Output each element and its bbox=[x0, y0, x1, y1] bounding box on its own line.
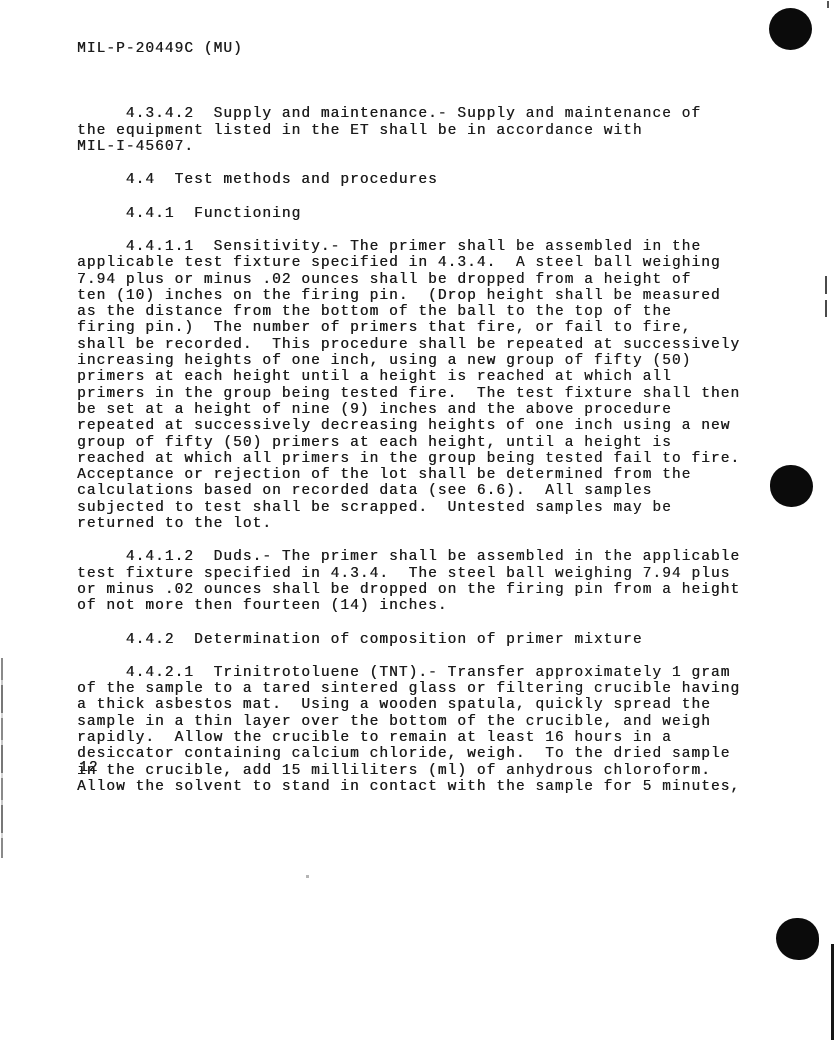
paragraph-4-4-1-1: 4.4.1.1 Sensitivity.- The primer shall b… bbox=[77, 239, 787, 532]
heading-4-4: 4.4 Test methods and procedures bbox=[77, 172, 787, 188]
scan-artifact-right-dash-2 bbox=[825, 300, 827, 317]
scan-artifact-corner-mark bbox=[827, 1, 829, 8]
scan-artifact-bottom-right-line bbox=[831, 944, 834, 1040]
document-body: 4.3.4.2 Supply and maintenance.- Supply … bbox=[77, 106, 787, 795]
heading-4-4-2: 4.4.2 Determination of composition of pr… bbox=[77, 632, 787, 648]
scanned-document-page: MIL-P-20449C (MU) 4.3.4.2 Supply and mai… bbox=[0, 0, 835, 1040]
scan-artifact-left-edge-line bbox=[1, 658, 3, 858]
scan-artifact-speck bbox=[306, 875, 309, 878]
paragraph-4-3-4-2: 4.3.4.2 Supply and maintenance.- Supply … bbox=[77, 106, 787, 155]
document-id-header: MIL-P-20449C (MU) bbox=[77, 41, 787, 57]
hole-punch-dot-middle bbox=[770, 465, 813, 507]
page-number: 12 bbox=[79, 760, 99, 776]
paragraph-4-4-1-2: 4.4.1.2 Duds.- The primer shall be assem… bbox=[77, 549, 787, 614]
paragraph-4-4-2-1: 4.4.2.1 Trinitrotoluene (TNT).- Transfer… bbox=[77, 665, 787, 795]
hole-punch-dot-top bbox=[769, 8, 812, 50]
scan-artifact-right-dash-1 bbox=[825, 276, 827, 294]
heading-4-4-1: 4.4.1 Functioning bbox=[77, 206, 787, 222]
document-text-column: MIL-P-20449C (MU) 4.3.4.2 Supply and mai… bbox=[77, 8, 787, 828]
hole-punch-dot-bottom bbox=[776, 918, 819, 960]
